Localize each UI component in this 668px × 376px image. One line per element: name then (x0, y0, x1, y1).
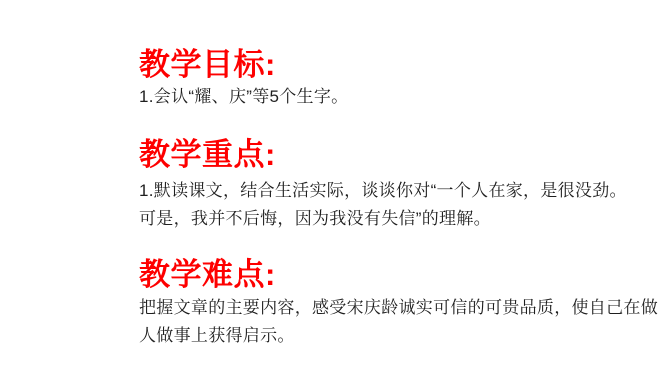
body-teaching-difficulties: 把握文章的主要内容，感受宋庆龄诚实可信的可贵品质，使自己在做 人做事上获得启示。 (139, 294, 658, 350)
body-line: 可是，我并不后悔，因为我没有失信”的理解。 (139, 205, 627, 233)
body-teaching-objectives: 1.会认“耀、庆”等5个生字。 (139, 83, 348, 111)
teaching-plan-slide: 教学目标: 1.会认“耀、庆”等5个生字。 教学重点: 1.默读课文，结合生活实… (0, 0, 668, 376)
heading-teaching-key-points: 教学重点: (139, 137, 276, 173)
heading-teaching-difficulties: 教学难点: (139, 257, 276, 293)
body-teaching-key-points: 1.默读课文，结合生活实际，谈谈你对“一个人在家，是很没劲。 可是，我并不后悔，… (139, 177, 627, 233)
body-line: 把握文章的主要内容，感受宋庆龄诚实可信的可贵品质，使自己在做 (139, 294, 658, 322)
body-line: 人做事上获得启示。 (139, 322, 658, 350)
body-line: 1.默读课文，结合生活实际，谈谈你对“一个人在家，是很没劲。 (139, 177, 627, 205)
heading-teaching-objectives: 教学目标: (139, 47, 276, 83)
body-line: 1.会认“耀、庆”等5个生字。 (139, 83, 348, 111)
